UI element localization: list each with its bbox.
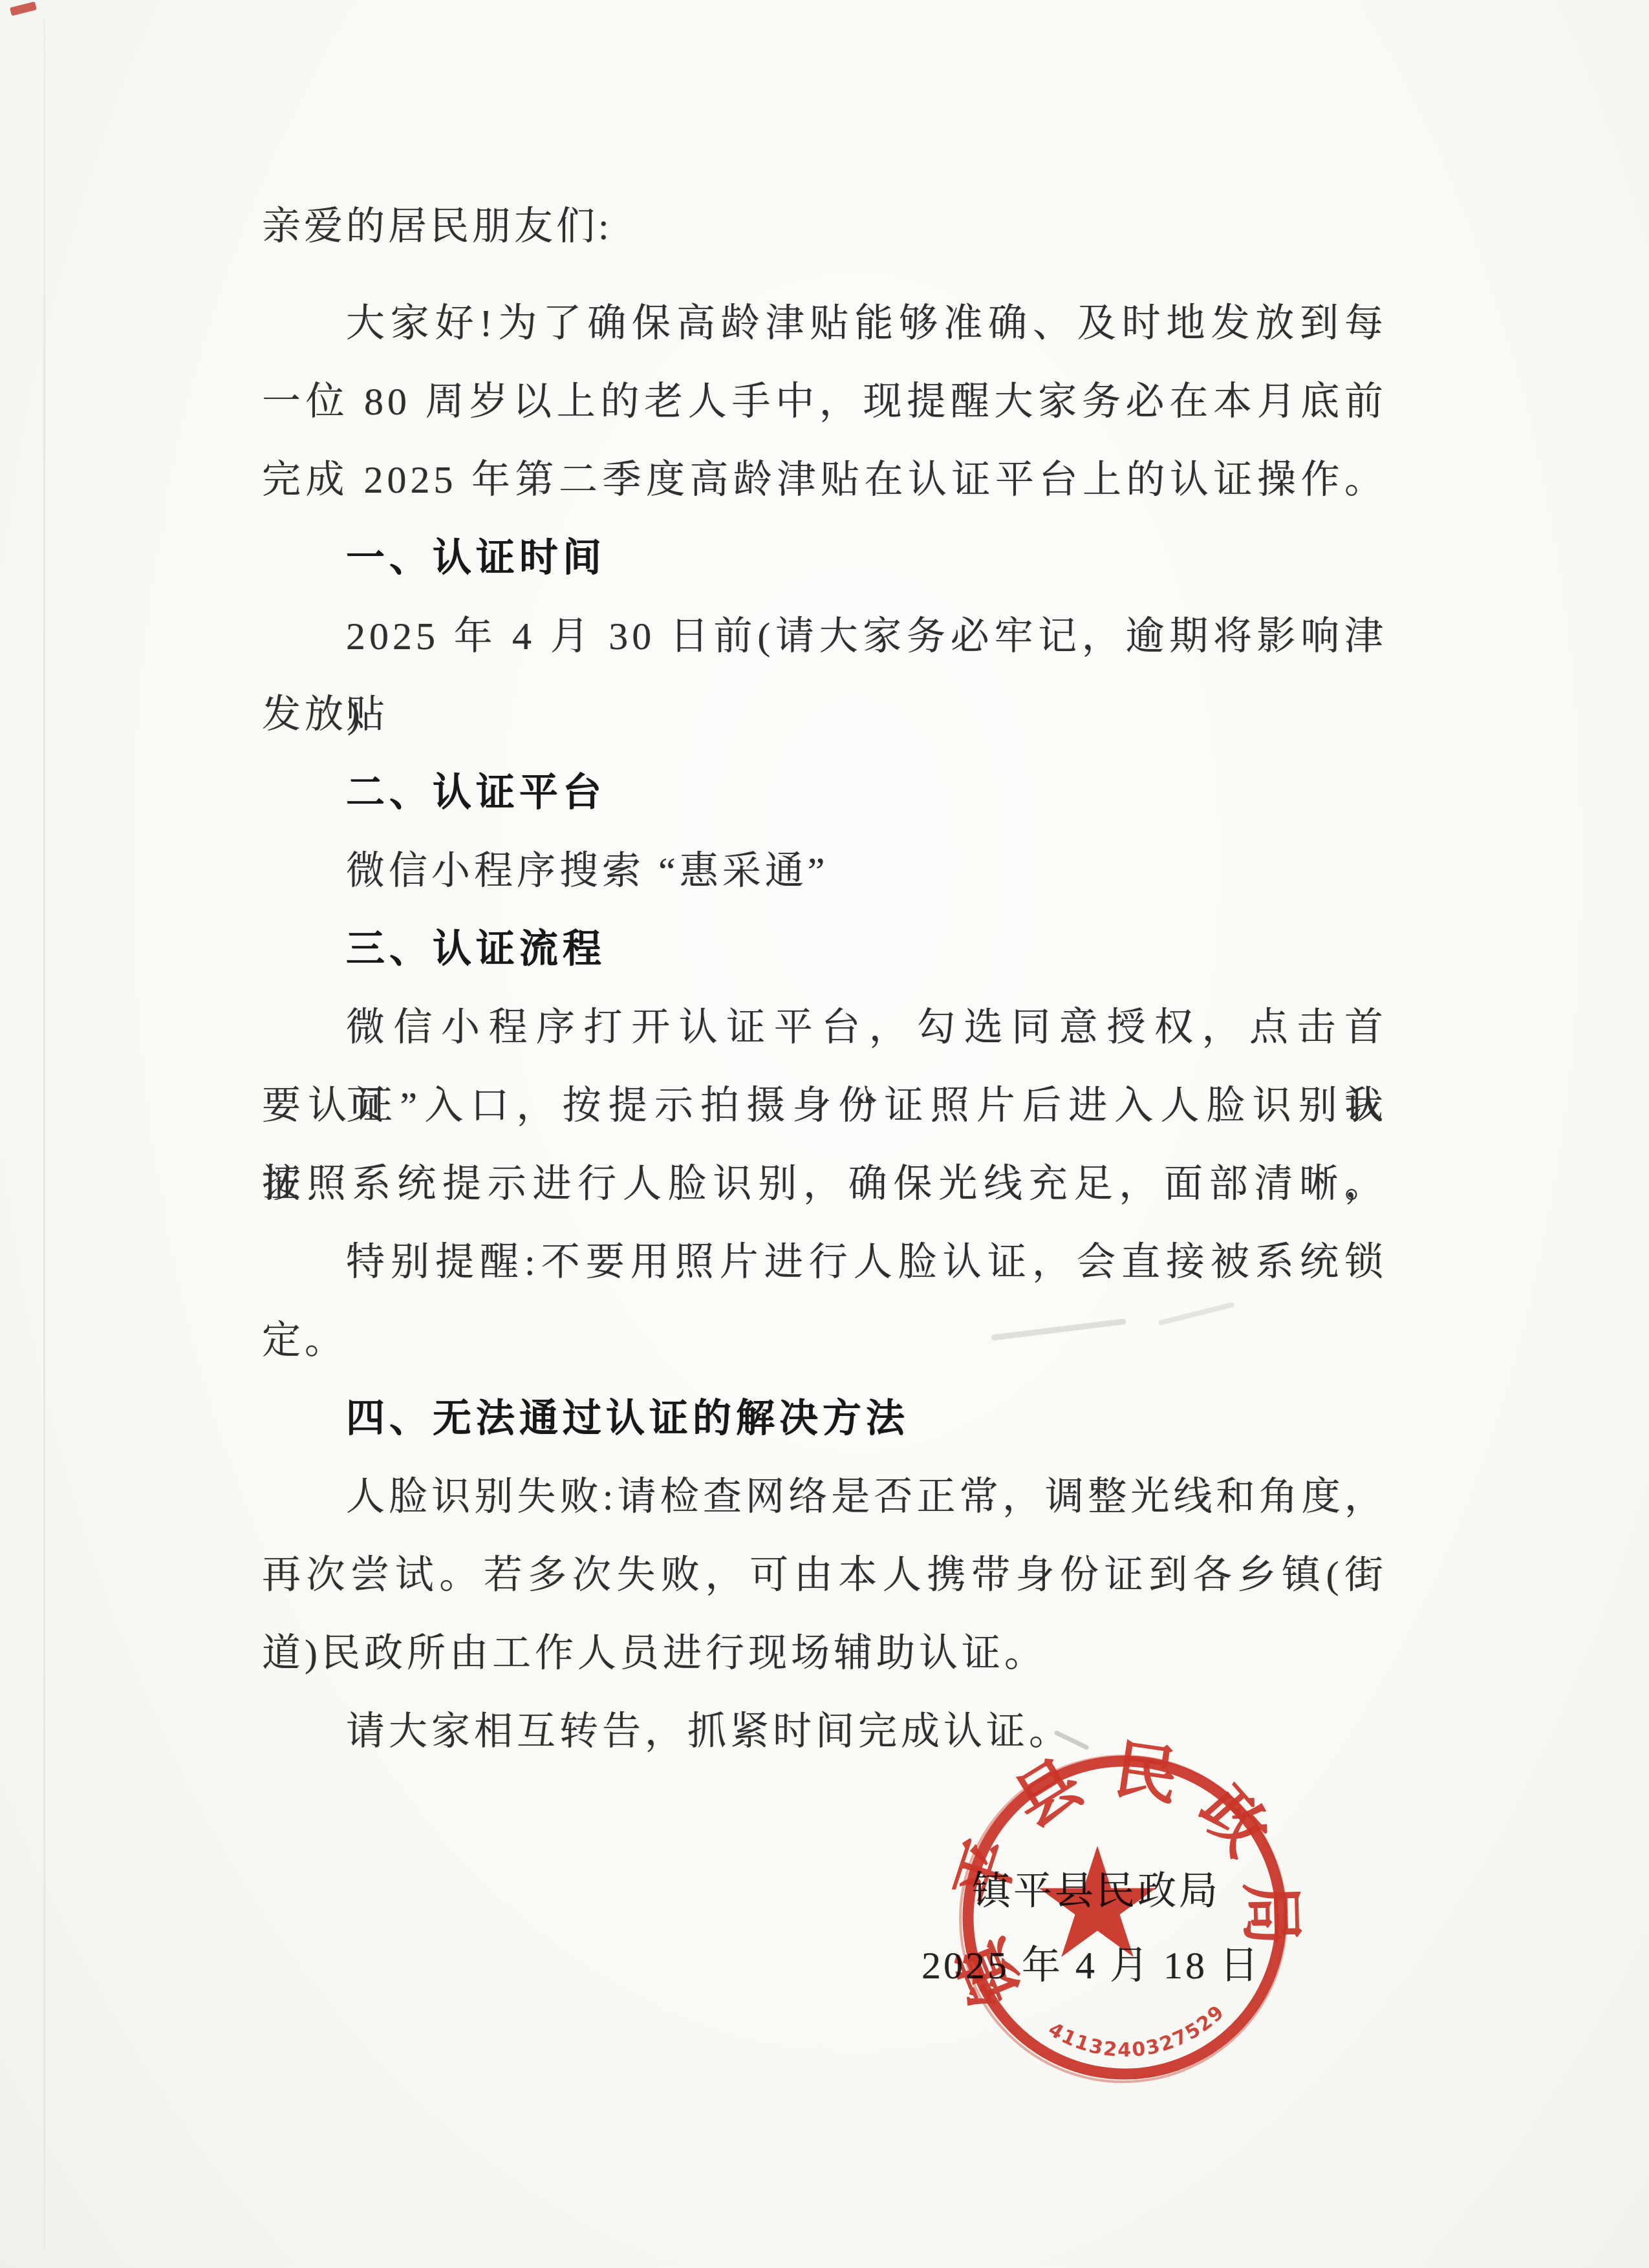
doc-line: 再次尝试。若多次失败，可由本人携带身份证到各乡镇(街 (262, 1536, 1387, 1614)
seal-code-holder: 4113240327529 (1044, 2002, 1229, 2062)
doc-line: 人脸识别失败:请检查网络是否正常，调整光线和角度， (262, 1458, 1387, 1536)
agency-name: 镇平县民政局 (972, 1852, 1220, 1930)
heading-cert-time: 一、认证时间 (262, 519, 1387, 597)
issue-date: 2025 年 4 月 18 日 (921, 1927, 1261, 2004)
doc-line: 发放) (262, 676, 1387, 754)
doc-line: 请大家相互转告，抓紧时间完成认证。 (262, 1693, 1387, 1771)
doc-line: 一位 80 周岁以上的老人手中，现提醒大家务必在本月底前 (262, 363, 1387, 441)
heading-cert-flow: 三、认证流程 (262, 910, 1387, 989)
red-corner-mark (10, 1, 37, 16)
heading-cert-platform: 二、认证平台 (262, 754, 1387, 832)
doc-line: 定。 (262, 1301, 1387, 1380)
scan-edge-artifact (43, 19, 45, 2250)
doc-line: 微信小程序搜索 “惠采通” (262, 832, 1387, 910)
doc-line: 完成 2025 年第二季度高龄津贴在认证平台上的认证操作。 (262, 441, 1387, 519)
scanned-notice-page: 亲爱的居民朋友们: 大家好!为了确保高龄津贴能够准确、及时地发放到每 一位 80… (0, 0, 1649, 2268)
doc-line: 要认证”入口，按提示拍摄身份证照片后进入人脸识别认证， (262, 1067, 1387, 1145)
notice-body: 大家好!为了确保高龄津贴能够准确、及时地发放到每 一位 80 周岁以上的老人手中… (262, 284, 1387, 1771)
salutation: 亲爱的居民朋友们: (262, 186, 612, 266)
heading-cert-troubleshooting: 四、无法通过认证的解决方法 (262, 1380, 1387, 1458)
doc-line: 按照系统提示进行人脸识别，确保光线充足，面部清晰。 (262, 1145, 1387, 1223)
doc-line: 道)民政所由工作人员进行现场辅助认证。 (262, 1614, 1387, 1693)
doc-line: 2025 年 4 月 30 日前(请大家务必牢记，逾期将影响津贴 (262, 597, 1387, 676)
seal-code: 4113240327529 (1044, 2002, 1229, 2062)
doc-line: 大家好!为了确保高龄津贴能够准确、及时地发放到每 (262, 284, 1387, 363)
doc-line: 特别提醒:不要用照片进行人脸认证，会直接被系统锁 (262, 1223, 1387, 1301)
doc-line: 微信小程序打开认证平台，勾选同意授权，点击首页“我 (262, 989, 1387, 1067)
